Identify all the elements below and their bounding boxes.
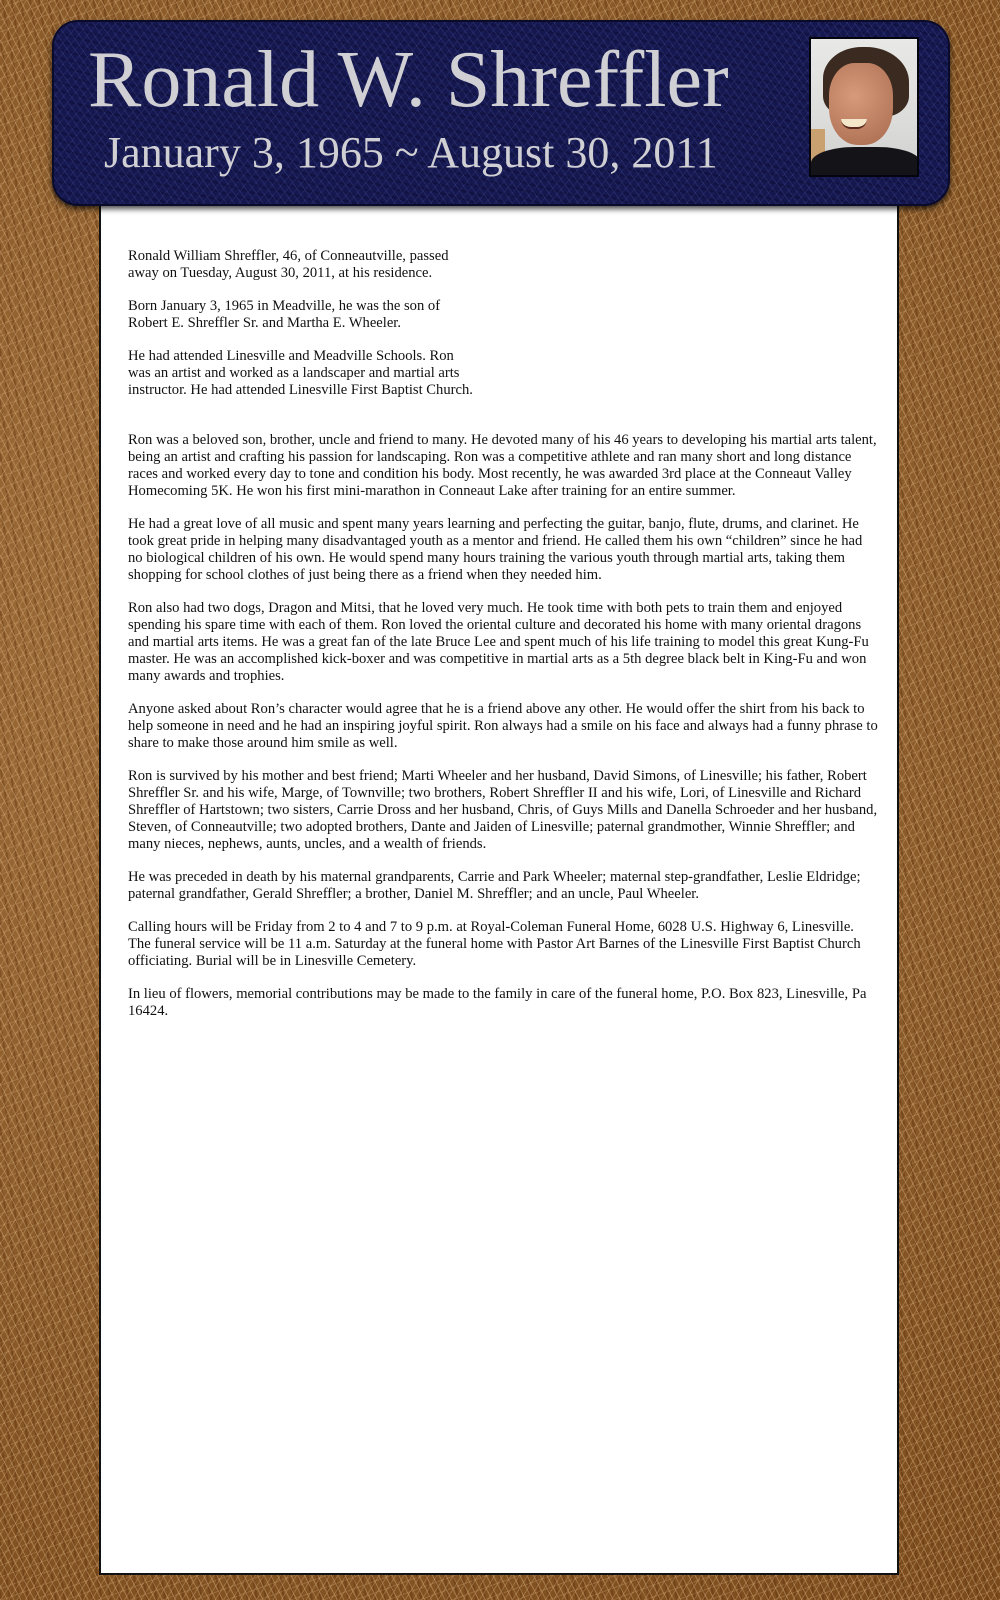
body-paragraph: Ron is survived by his mother and best f… [128,768,878,853]
body-section: Ron was a beloved son, brother, uncle an… [128,432,878,1020]
intro-section: Ronald William Shreffler, 46, of Conneau… [128,248,478,399]
portrait-photo [809,37,919,177]
photo-shirt [811,147,919,177]
photo-face [829,63,893,145]
life-dates: January 3, 1965 ~ August 30, 2011 [104,123,718,183]
body-paragraph: In lieu of flowers, memorial contributio… [128,986,878,1020]
body-paragraph: Ron also had two dogs, Dragon and Mitsi,… [128,600,878,685]
intro-paragraph: Ronald William Shreffler, 46, of Conneau… [128,248,478,282]
deceased-name: Ronald W. Shreffler [88,30,729,130]
body-paragraph: Calling hours will be Friday from 2 to 4… [128,919,878,970]
header-banner: Ronald W. Shreffler January 3, 1965 ~ Au… [52,20,950,206]
body-paragraph: He had a great love of all music and spe… [128,516,878,584]
section-spacer [128,415,878,432]
obituary-text: Ronald William Shreffler, 46, of Conneau… [128,248,878,1036]
body-paragraph: Anyone asked about Ron’s character would… [128,701,878,752]
intro-paragraph: Born January 3, 1965 in Meadville, he wa… [128,298,478,332]
intro-paragraph: He had attended Linesville and Meadville… [128,348,478,399]
body-paragraph: He was preceded in death by his maternal… [128,869,878,903]
body-paragraph: Ron was a beloved son, brother, uncle an… [128,432,878,500]
